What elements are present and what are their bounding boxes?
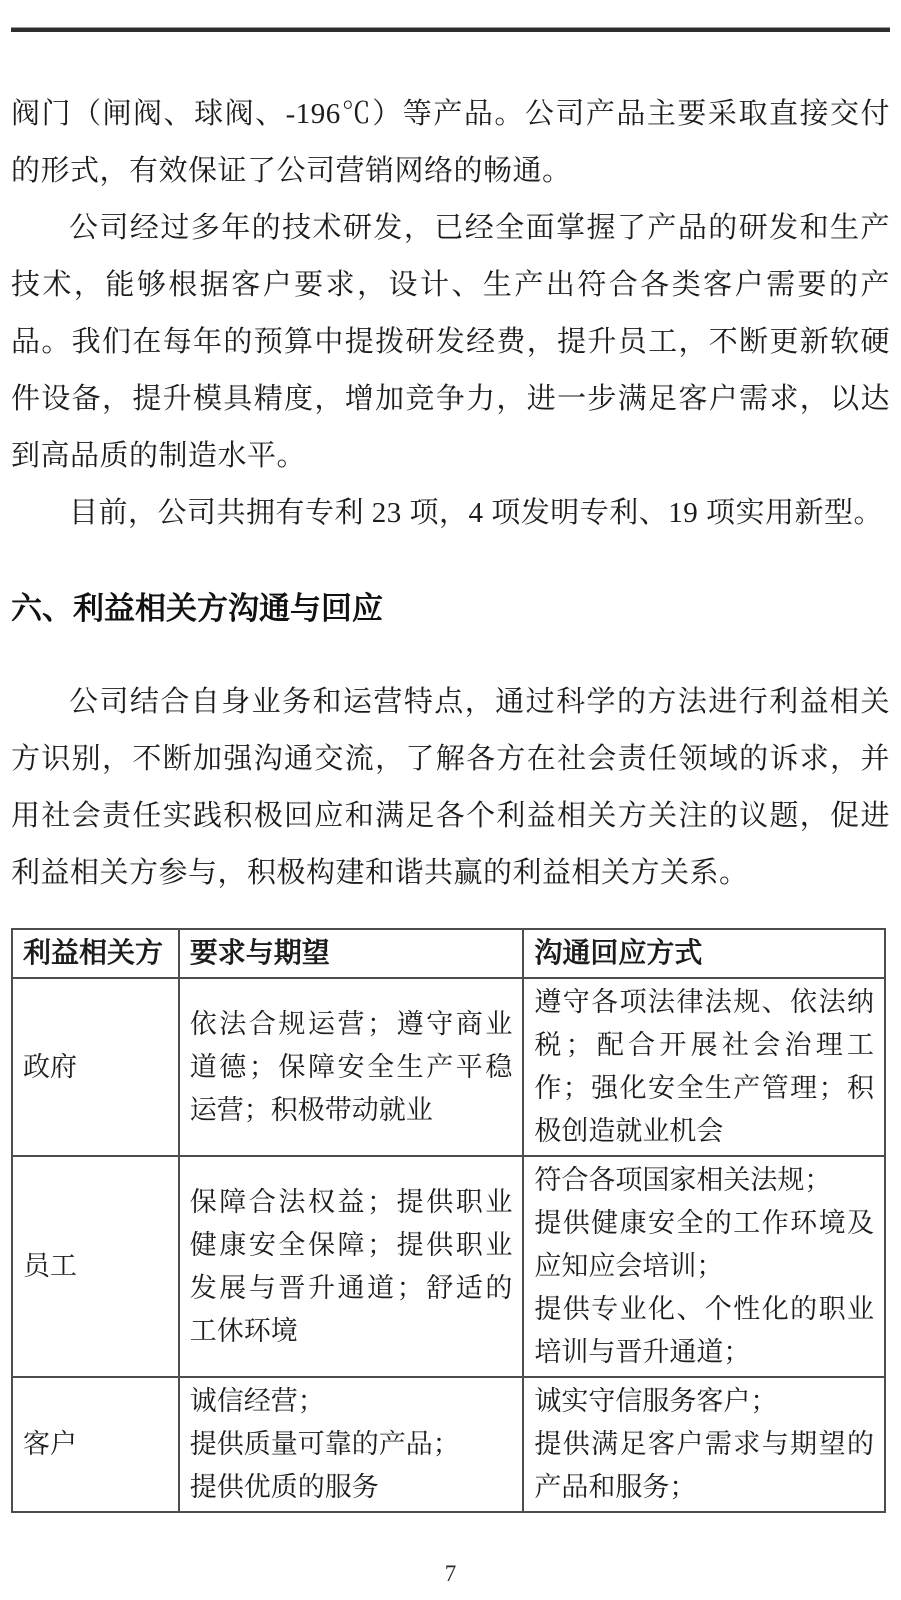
header-responses: 沟通回应方式 <box>523 929 885 978</box>
section-heading: 六、利益相关方沟通与回应 <box>11 588 890 630</box>
cell-expectations: 保障合法权益；提供职业健康安全保障；提供职业发展与晋升通道；舒适的工休环境 <box>179 1156 524 1377</box>
table-header-row: 利益相关方 要求与期望 沟通回应方式 <box>12 929 885 978</box>
paragraph-products: 阀门（闸阀、球阀、-196℃）等产品。公司产品主要采取直接交付的形式，有效保证了… <box>11 86 890 200</box>
cell-stakeholder: 政府 <box>12 978 179 1156</box>
header-expectations: 要求与期望 <box>179 929 524 978</box>
paragraph-rnd: 公司经过多年的技术研发，已经全面掌握了产品的研发和生产技术，能够根据客户要求，设… <box>11 200 890 485</box>
stakeholder-table: 利益相关方 要求与期望 沟通回应方式 政府 依法合规运营；遵守商业道德；保障安全… <box>11 928 886 1513</box>
header-rule <box>11 28 890 32</box>
paragraph-stakeholders: 公司结合自身业务和运营特点，通过科学的方法进行利益相关方识别，不断加强沟通交流，… <box>11 674 890 902</box>
cell-expectations: 诚信经营； 提供质量可靠的产品； 提供优质的服务 <box>179 1377 524 1512</box>
table-row-employees: 员工 保障合法权益；提供职业健康安全保障；提供职业发展与晋升通道；舒适的工休环境… <box>12 1156 885 1377</box>
cell-responses: 符合各项国家相关法规； 提供健康安全的工作环境及应知应会培训； 提供专业化、个性… <box>523 1156 885 1377</box>
cell-responses: 遵守各项法律法规、依法纳税；配合开展社会治理工作；强化安全生产管理；积极创造就业… <box>523 978 885 1156</box>
cell-stakeholder: 员工 <box>12 1156 179 1377</box>
page-number: 7 <box>11 1561 890 1587</box>
header-stakeholder: 利益相关方 <box>12 929 179 978</box>
table-row-government: 政府 依法合规运营；遵守商业道德；保障安全生产平稳运营；积极带动就业 遵守各项法… <box>12 978 885 1156</box>
paragraph-patents: 目前，公司共拥有专利 23 项，4 项发明专利、19 项实用新型。 <box>11 485 890 542</box>
table-row-customers: 客户 诚信经营； 提供质量可靠的产品； 提供优质的服务 诚实守信服务客户； 提供… <box>12 1377 885 1512</box>
cell-stakeholder: 客户 <box>12 1377 179 1512</box>
cell-responses: 诚实守信服务客户； 提供满足客户需求与期望的产品和服务； <box>523 1377 885 1512</box>
document-page: 阀门（闸阀、球阀、-196℃）等产品。公司产品主要采取直接交付的形式，有效保证了… <box>0 28 901 1587</box>
cell-expectations: 依法合规运营；遵守商业道德；保障安全生产平稳运营；积极带动就业 <box>179 978 524 1156</box>
